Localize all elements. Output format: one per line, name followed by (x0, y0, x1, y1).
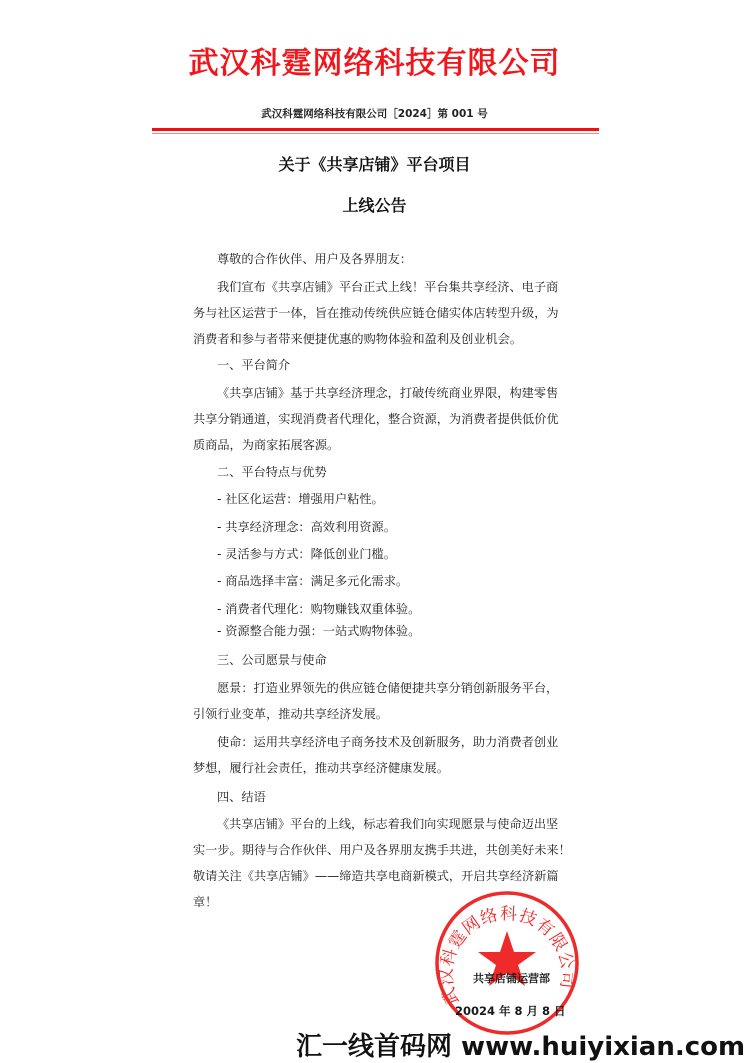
document-number: 武汉科霆网络科技有限公司［2024］第 001 号 (0, 106, 749, 121)
intro-paragraph-line: 务与社区运营于一体，旨在推动传统供应链仓储实体店转型升级，为 (193, 305, 563, 321)
section-heading-conclusion: 四、结语 (217, 789, 587, 805)
section-heading-vision: 三、公司愿景与使命 (217, 652, 587, 668)
vision-line: 愿景：打造业界领先的供应链仓储便捷共享分销创新服务平台， (217, 680, 587, 696)
feature-list-item: - 灵活参与方式：降低创业门槛。 (217, 546, 587, 562)
feature-list-item: - 社区化运营：增强用户粘性。 (217, 491, 587, 507)
intro-paragraph-line: 消费者和参与者带来便捷优惠的购物体验和盈利及创业机会。 (193, 331, 563, 347)
feature-list-item: - 商品选择丰富：满足多元化需求。 (217, 573, 587, 589)
signature-department: 共享店铺运营部 (473, 970, 550, 986)
feature-list-item: - 共享经济理念：高效利用资源。 (217, 519, 587, 535)
feature-list-item: - 消费者代理化：购物赚钱双重体验。 (217, 601, 587, 617)
section1-paragraph-line: 《共享店铺》基于共享经济理念，打破传统商业界限，构建零售 (217, 385, 587, 401)
conclusion-line: 《共享店铺》平台的上线，标志着我们向实现愿景与使命迈出坚 (217, 816, 587, 832)
site-watermark: 汇一线首码网 www.huiyixian.com (296, 1026, 745, 1063)
intro-paragraph-line: 我们宣布《共享店铺》平台正式上线！平台集共享经济、电子商 (217, 279, 587, 295)
conclusion-line: 敬请关注《共享店铺》——缔造共享电商新模式，开启共享经济新篇 (193, 868, 563, 884)
company-letterhead-title: 武汉科霆网络科技有限公司 (0, 38, 749, 82)
section1-paragraph-line: 质商品，为商家拓展客源。 (193, 437, 563, 453)
section-heading-intro: 一、平台简介 (217, 357, 587, 373)
mission-line: 梦想，履行社会责任，推动共享经济健康发展。 (193, 760, 563, 776)
greeting: 尊敬的合作伙伴、用户及各界朋友： (217, 251, 587, 267)
document-title-line2: 上线公告 (0, 193, 749, 216)
section1-paragraph-line: 共享分销通道，实现消费者代理化，整合资源，为消费者提供低价优 (193, 411, 563, 427)
signature-date: 20024 年 8 月 8 日 (455, 1003, 566, 1019)
mission-line: 使命：运用共享经济电子商务技术及创新服务，助力消费者创业 (217, 734, 587, 750)
section-heading-features: 二、平台特点与优势 (217, 464, 587, 480)
vision-line: 引领行业变革，推动共享经济发展。 (193, 706, 563, 722)
document-title-line1: 关于《共享店铺》平台项目 (0, 152, 749, 175)
feature-list-item: - 资源整合能力强：一站式购物体验。 (217, 623, 587, 639)
letterhead-red-rule (152, 128, 599, 131)
letterhead-red-rule-thin (152, 133, 599, 134)
conclusion-line: 实一步。期待与合作伙伴、用户及各界朋友携手共进，共创美好未来！ (193, 842, 563, 858)
